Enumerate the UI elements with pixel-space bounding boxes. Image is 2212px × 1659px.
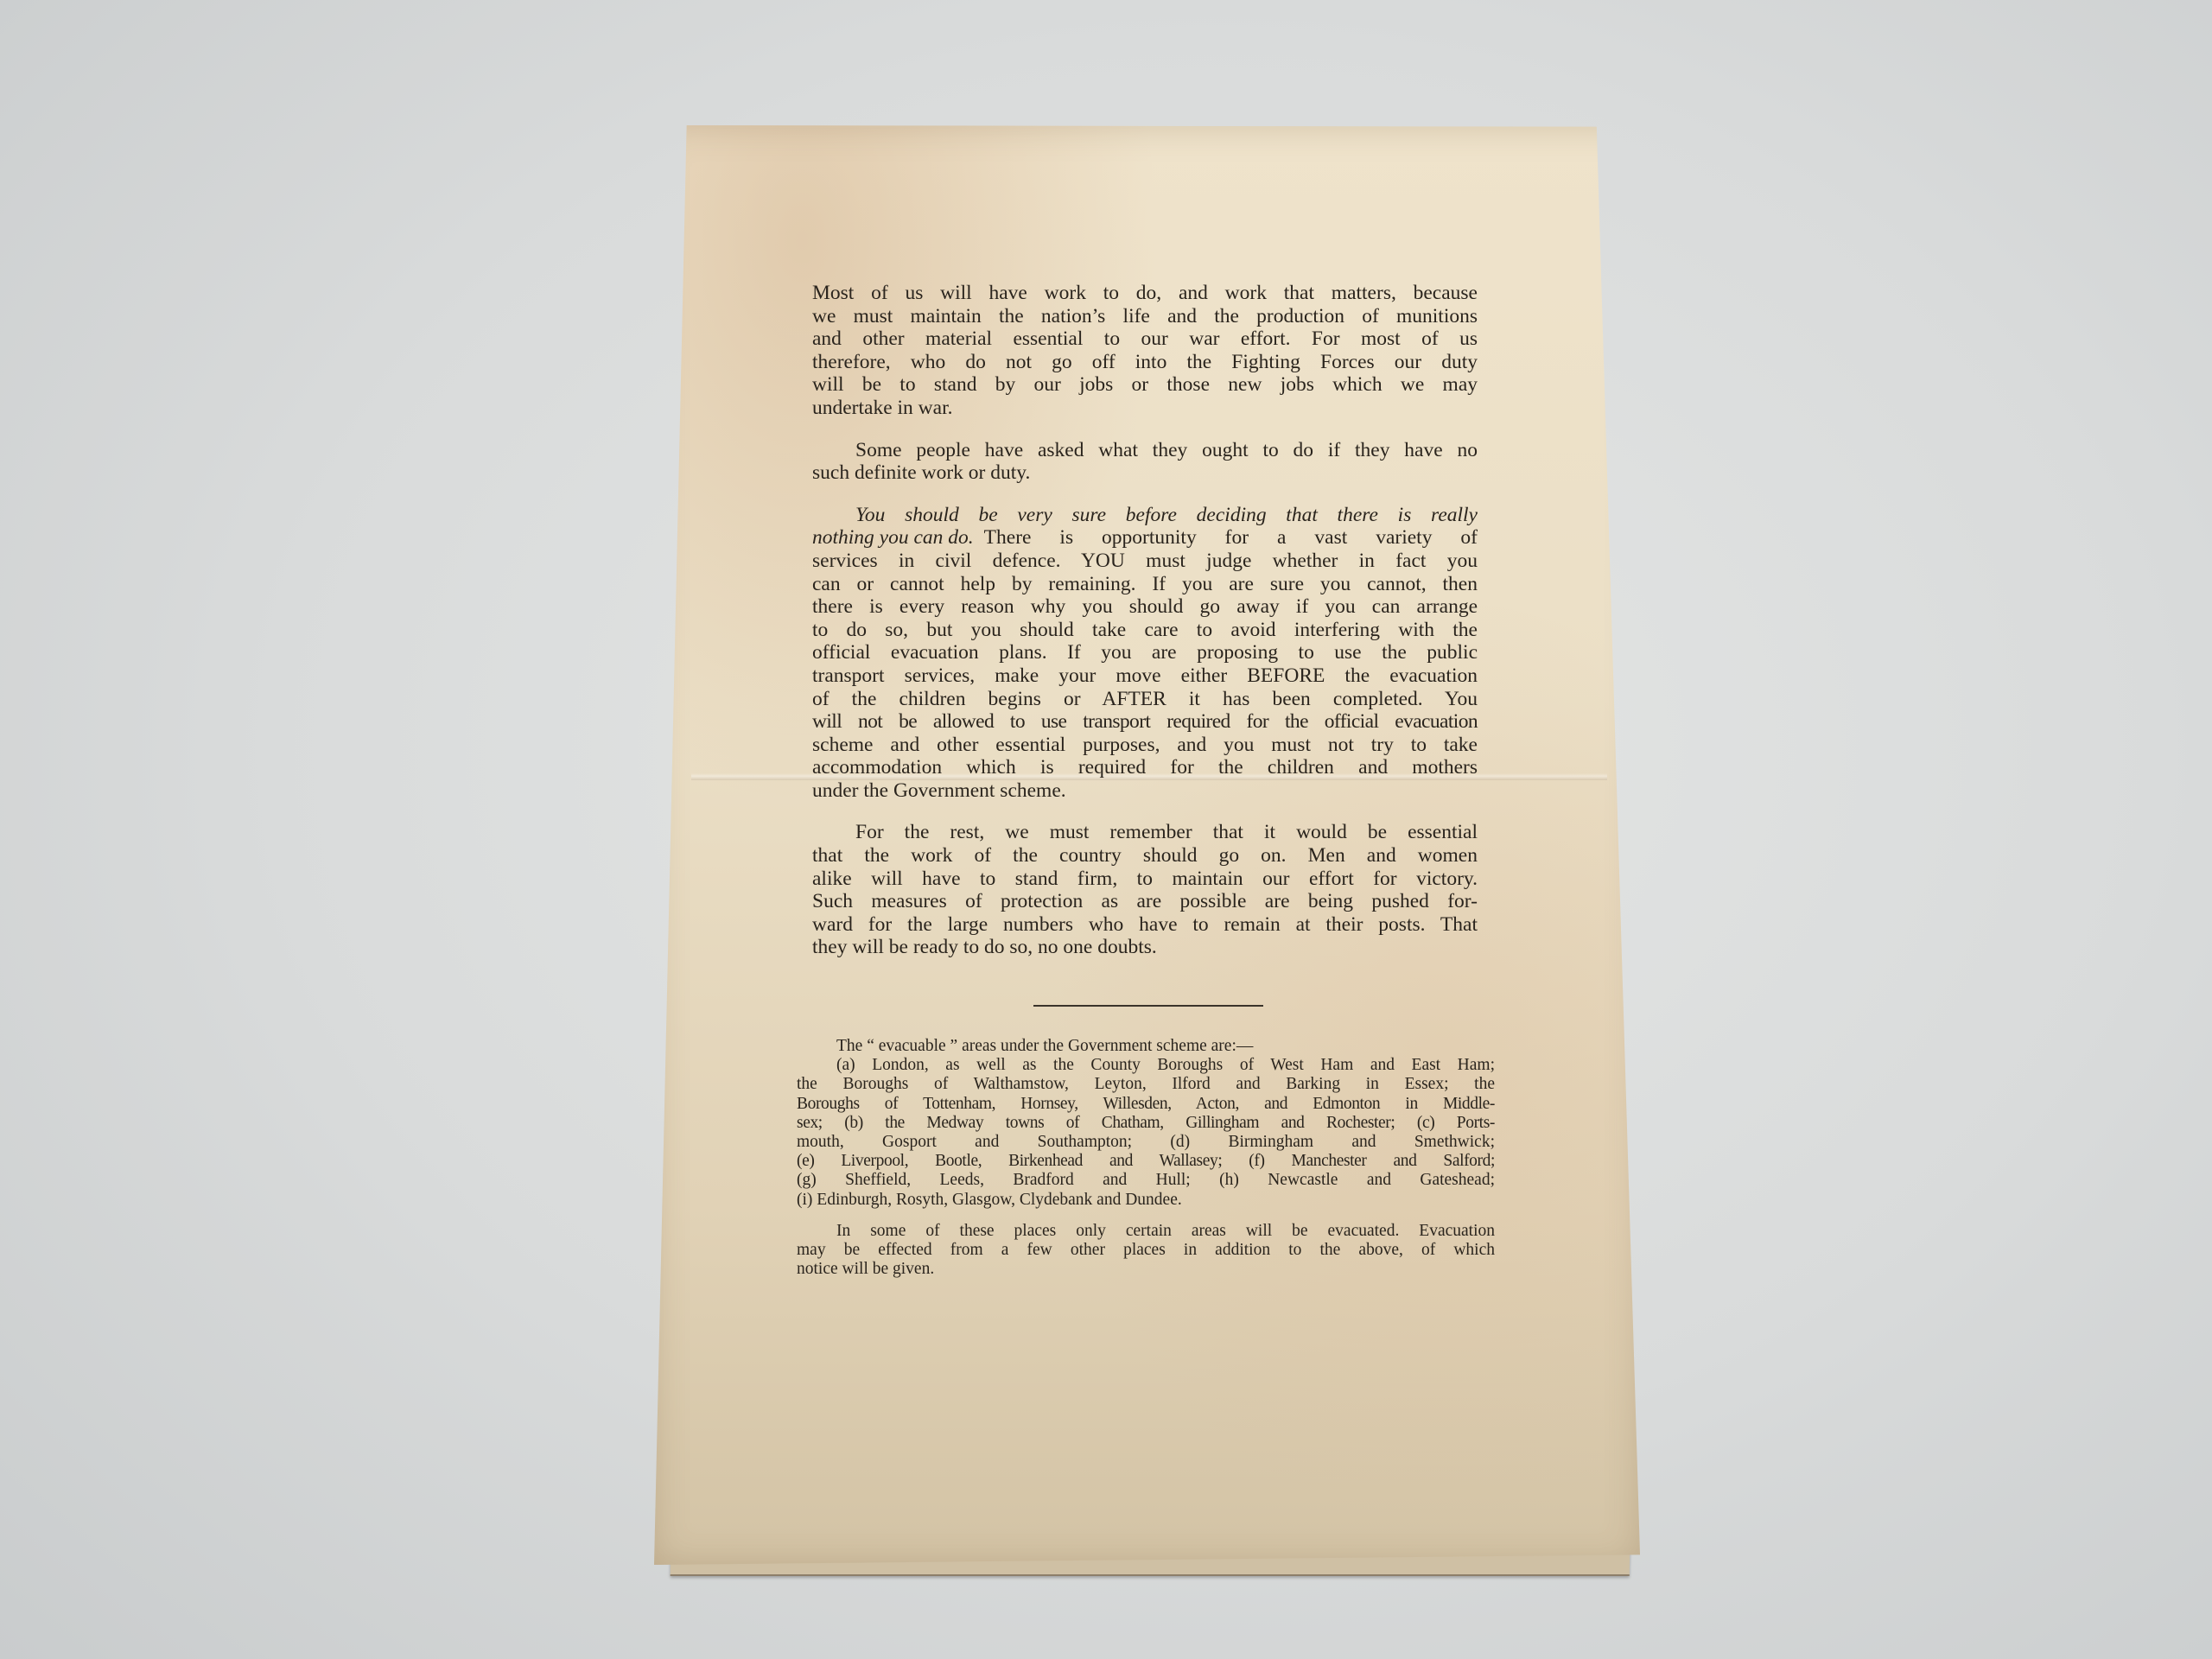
footnote-line: (e) Liverpool, Bootle, Birkenhead and Wa… [797,1152,1495,1171]
text-line: Some people have asked what they ought t… [812,439,1478,462]
text-line: alike will have to stand firm, to mainta… [812,868,1478,891]
footnote-evacuable-areas: The “ evacuable ” areas under the Govern… [797,1037,1495,1291]
text-line: Most of us will have work to do, and wor… [812,282,1478,305]
footnote-note: In some of these places only certain are… [797,1222,1495,1280]
paragraph-some-people: Some people have asked what they ought t… [812,439,1478,485]
text-line: we must maintain the nation’s life and t… [812,305,1478,328]
footnote-line: In some of these places only certain are… [797,1222,1495,1241]
text-line: nothing you can do. There is opportunity… [812,526,1478,550]
text-line: accommodation which is required for the … [812,756,1478,779]
footnote-line: (i) Edinburgh, Rosyth, Glasgow, Clydeban… [797,1191,1495,1210]
section-divider-rule [1033,1005,1263,1007]
text-line: will be to stand by our jobs or those ne… [812,373,1478,397]
paragraph-work-matters: Most of us will have work to do, and wor… [812,282,1478,420]
text-line: to do so, but you should take care to av… [812,619,1478,642]
text-line: under the Government scheme. [812,779,1478,803]
footnote-line: Boroughs of Tottenham, Hornsey, Willesde… [797,1095,1495,1114]
text-line: can or cannot help by remaining. If you … [812,573,1478,596]
text-line: that the work of the country should go o… [812,844,1478,868]
text-line: will not be allowed to use transport req… [812,710,1478,734]
footnote-line: mouth, Gosport and Southampton; (d) Birm… [797,1133,1495,1152]
text-line: they will be ready to do so, no one doub… [812,936,1478,959]
footnote-line: (g) Sheffield, Leeds, Bradford and Hull;… [797,1171,1495,1190]
footnote-line: the Boroughs of Walthamstow, Leyton, Ilf… [797,1075,1495,1094]
text-line: there is every reason why you should go … [812,595,1478,619]
text-phrase: There is opportunity for a vast variety … [974,526,1478,550]
text-line: of the children begins or AFTER it has b… [812,688,1478,711]
text-line: services in civil defence. YOU must judg… [812,550,1478,573]
text-line: scheme and other essential purposes, and… [812,734,1478,757]
italic-text-line: You should be very sure before deciding … [812,504,1478,527]
footnote-line: sex; (b) the Medway towns of Chatham, Gi… [797,1114,1495,1133]
paragraph-be-very-sure: You should be very sure before deciding … [812,504,1478,803]
text-line: transport services, make your move eithe… [812,664,1478,688]
body-text: Most of us will have work to do, and wor… [812,282,1478,978]
footnote-line: may be effected from a few other places … [797,1241,1495,1260]
text-line: undertake in war. [812,397,1478,420]
footnote-areas-list: The “ evacuable ” areas under the Govern… [797,1037,1495,1210]
italic-phrase: nothing you can do. [812,526,974,550]
text-line: official evacuation plans. If you are pr… [812,641,1478,664]
paragraph-for-the-rest: For the rest, we must remember that it w… [812,821,1478,959]
footnote-line: notice will be given. [797,1260,1495,1279]
text-line: and other material essential to our war … [812,327,1478,351]
footnote-line: (a) London, as well as the County Boroug… [797,1056,1495,1075]
text-line: therefore, who do not go off into the Fi… [812,351,1478,374]
text-line: For the rest, we must remember that it w… [812,821,1478,844]
footnote-intro: The “ evacuable ” areas under the Govern… [797,1037,1495,1056]
text-line: such definite work or duty. [812,461,1478,485]
text-line: ward for the large numbers who have to r… [812,913,1478,937]
text-line: Such measures of protection as are possi… [812,890,1478,913]
